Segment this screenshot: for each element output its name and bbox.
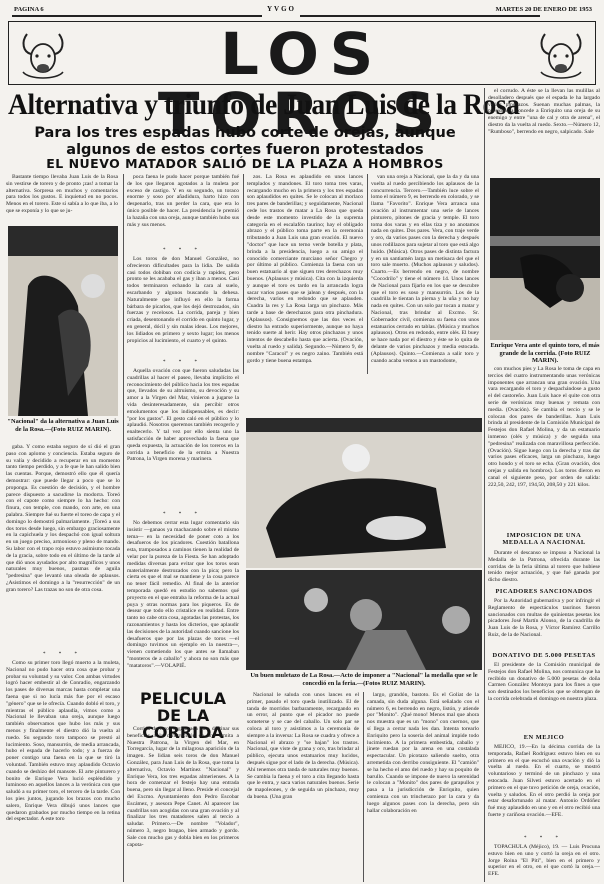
article-col2-low: Aquella ovación con que fueron saludadas…: [127, 368, 239, 512]
page-number: PAGINA 6: [14, 6, 44, 13]
subheadline: Para los tres espadas hubo corte de orej…: [20, 125, 470, 159]
article-col2-editorial: No debemos cerrar esta lugar comentario …: [127, 520, 239, 678]
article-col1-top: Bastante tiempo llevaba Juan Luis de la …: [6, 174, 118, 222]
photo-muletazo: [246, 418, 482, 568]
photo-medalla: [246, 570, 482, 670]
separator-stars: * * *: [488, 836, 600, 841]
photo-image: [8, 226, 118, 416]
header-rule-right: [300, 15, 540, 17]
section-masthead: LOS TOROS: [8, 21, 596, 85]
article-col5-top: el corrudo. A éste se la llevan las muli…: [488, 88, 600, 170]
article-col4: van una oreja a Nacional, que la da y da…: [371, 174, 479, 374]
separator-stars: * * *: [6, 652, 120, 657]
separator-stars: * * *: [127, 248, 239, 253]
photo-caption-1: "Nacional" da la alternativa a Juan Luis…: [6, 418, 120, 433]
article-col3-bottom: Nacional le saluda con unos lances en el…: [247, 692, 359, 882]
kicker-headline: EL NUEVO MATADOR SALIÓ DE LA PLAZA A HOM…: [20, 156, 470, 171]
sidebar-text-mejico: MEJICO, 19.—En la décima corrida de la t…: [488, 744, 600, 836]
column-divider: [243, 174, 244, 374]
sidebar-heading-donativo: DONATIVO DE 5.000 PESETAS: [488, 652, 600, 659]
page-header: PAGINA 6 YVGO MARTES 20 DE ENERO DE 1953: [0, 0, 604, 20]
bull-head-icon: [19, 28, 67, 80]
photo-image: [246, 418, 482, 568]
column-divider: [363, 692, 364, 882]
column-divider: [123, 174, 124, 882]
pelicula-text: Corrida de toros organizada para destina…: [127, 726, 239, 882]
newspaper-name: YVGO: [267, 5, 296, 13]
sidebar-heading-medalla: IMPOSICION DE UNA MEDALLA A NACIONAL: [488, 532, 600, 546]
header-rule-left: [12, 15, 262, 17]
photo-nacional-alternativa: [8, 226, 118, 416]
article-col2-mid: Los toros de don Manuel González, no ofr…: [127, 256, 239, 360]
photo-caption-2: Enrique Vera ante el quinto toro, el más…: [488, 342, 602, 365]
article-col5-continued: con muchos pies y La Rosa le toma de cap…: [488, 366, 600, 526]
sidebar-heading-picadores: PICADORES SANCIONADOS: [488, 588, 600, 595]
article-col1-part3: Como su primer toro llegó muerto a la mu…: [6, 660, 120, 882]
sidebar-text-medalla: Durante el descanso se impuso a Nacional…: [488, 550, 600, 584]
separator-stars: * * *: [127, 512, 239, 517]
sidebar-heading-mejico: EN MEJICO: [488, 734, 600, 741]
column-divider: [484, 88, 485, 882]
article-col4-bottom: largo, grandón, bastoto. Es el Goliat de…: [367, 692, 479, 882]
sidebar-text-topachula: TOPACHULA (Méjico), 19. — Luis Procuna e…: [488, 844, 600, 882]
column-divider: [367, 174, 368, 374]
photo-caption-3: Un buen muletazo de La Rosa.—Acto de imp…: [246, 672, 482, 687]
article-col1-bottom: gaba. Y como estaba seguro de sí dió el …: [6, 444, 120, 652]
sidebar-text-picadores: Por la Autoridad gubernativa y por infri…: [488, 598, 600, 638]
main-headline: Alternativa y triunfo de Juan Luis de la…: [8, 88, 440, 122]
photo-image: [246, 570, 482, 670]
sidebar-text-donativo: El presidente de la Comisión municipal d…: [488, 662, 600, 716]
article-col2-top: poca faena le pudo hacer porque también …: [127, 174, 239, 248]
issue-date: MARTES 20 DE ENERO DE 1953: [496, 6, 592, 13]
separator-stars: * * *: [127, 360, 239, 365]
bull-head-icon: [537, 28, 585, 80]
article-col3: zos. La Rosa es aplaudido en unos lances…: [247, 174, 363, 374]
photo-image: [490, 178, 600, 340]
photo-enrique-vera: [490, 178, 600, 340]
